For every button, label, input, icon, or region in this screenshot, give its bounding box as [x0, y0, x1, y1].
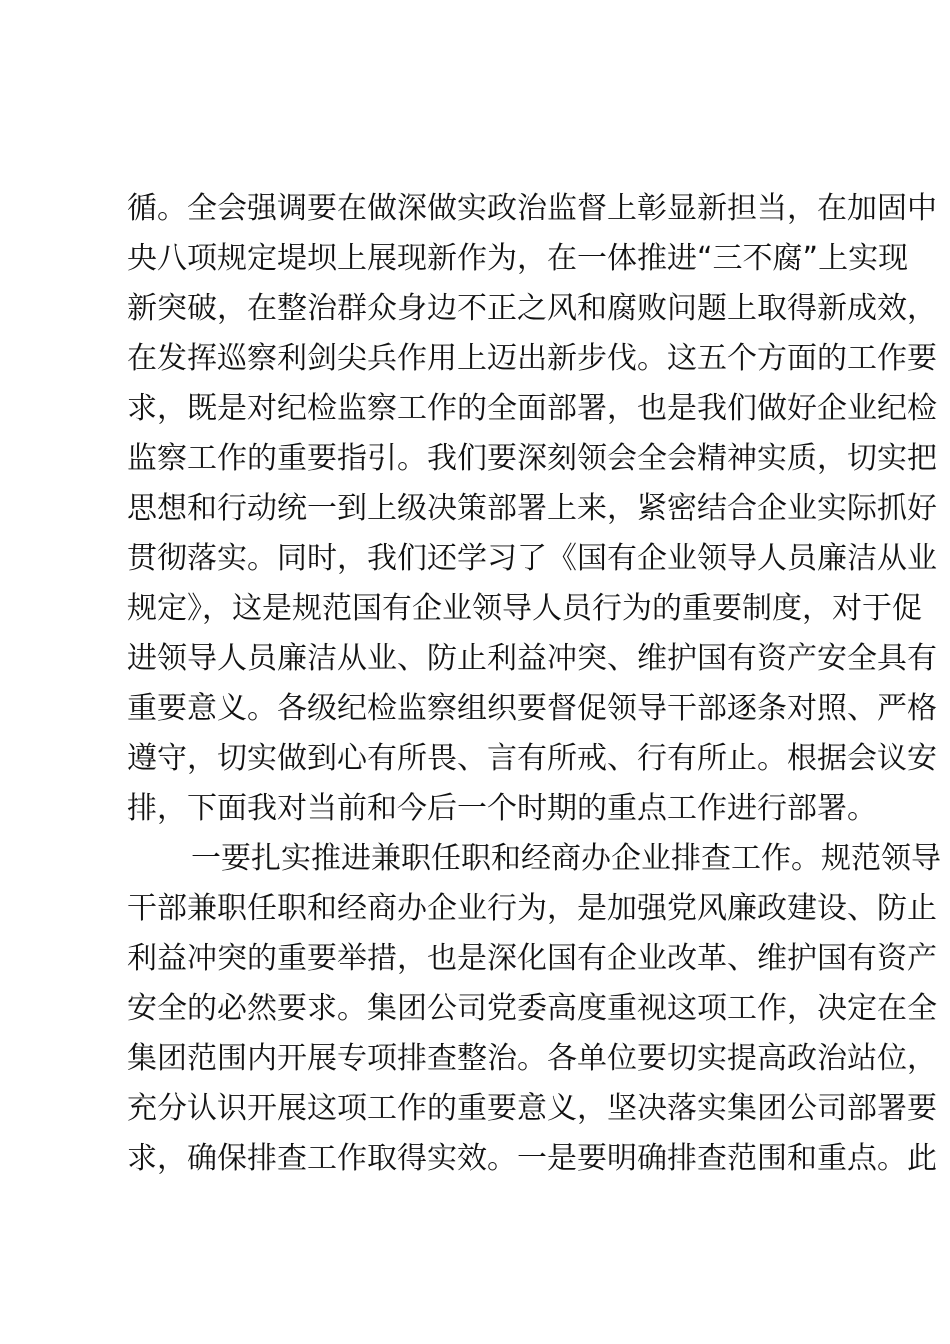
text-line: 遵守，切实做到心有所畏、言有所戒、行有所止。根据会议安: [127, 734, 831, 784]
text-line: 监察工作的重要指引。我们要深刻领会全会精神实质，切实把: [127, 434, 831, 484]
paragraph-2: 一要扎实推进兼职任职和经商办企业排查工作。规范领导 干部兼职任职和经商办企业行为…: [127, 834, 831, 1184]
paragraph-1: 循。全会强调要在做深做实政治监督上彰显新担当，在加固中 央八项规定堤坝上展现新作…: [127, 184, 831, 834]
text-line: 新突破，在整治群众身边不正之风和腐败问题上取得新成效，: [127, 284, 831, 334]
text-line: 干部兼职任职和经商办企业行为，是加强党风廉政建设、防止: [127, 884, 831, 934]
text-line: 重要意义。各级纪检监察组织要督促领导干部逐条对照、严格: [127, 684, 831, 734]
text-line: 集团范围内开展专项排查整治。各单位要切实提高政治站位，: [127, 1034, 831, 1084]
text-line: 安全的必然要求。集团公司党委高度重视这项工作，决定在全: [127, 984, 831, 1034]
text-line: 求，既是对纪检监察工作的全面部署，也是我们做好企业纪检: [127, 384, 831, 434]
text-line: 在发挥巡察利剑尖兵作用上迈出新步伐。这五个方面的工作要: [127, 334, 831, 384]
text-line: 排，下面我对当前和今后一个时期的重点工作进行部署。: [127, 784, 831, 834]
text-line: 利益冲突的重要举措，也是深化国有企业改革、维护国有资产: [127, 934, 831, 984]
text-line: 求，确保排查工作取得实效。一是要明确排查范围和重点。此: [127, 1134, 831, 1184]
text-line: 充分认识开展这项工作的重要意义，坚决落实集团公司部署要: [127, 1084, 831, 1134]
document-page: 循。全会强调要在做深做实政治监督上彰显新担当，在加固中 央八项规定堤坝上展现新作…: [127, 184, 831, 1184]
text-line: 央八项规定堤坝上展现新作为，在一体推进“三不腐”上实现: [127, 234, 831, 284]
text-line: 思想和行动统一到上级决策部署上来，紧密结合企业实际抓好: [127, 484, 831, 534]
text-line: 规定》，这是规范国有企业领导人员行为的重要制度，对于促: [127, 584, 831, 634]
text-line-indented: 一要扎实推进兼职任职和经商办企业排查工作。规范领导: [127, 834, 831, 884]
text-line: 进领导人员廉洁从业、防止利益冲突、维护国有资产安全具有: [127, 634, 831, 684]
text-line: 循。全会强调要在做深做实政治监督上彰显新担当，在加固中: [127, 184, 831, 234]
text-line: 贯彻落实。同时，我们还学习了《国有企业领导人员廉洁从业: [127, 534, 831, 584]
